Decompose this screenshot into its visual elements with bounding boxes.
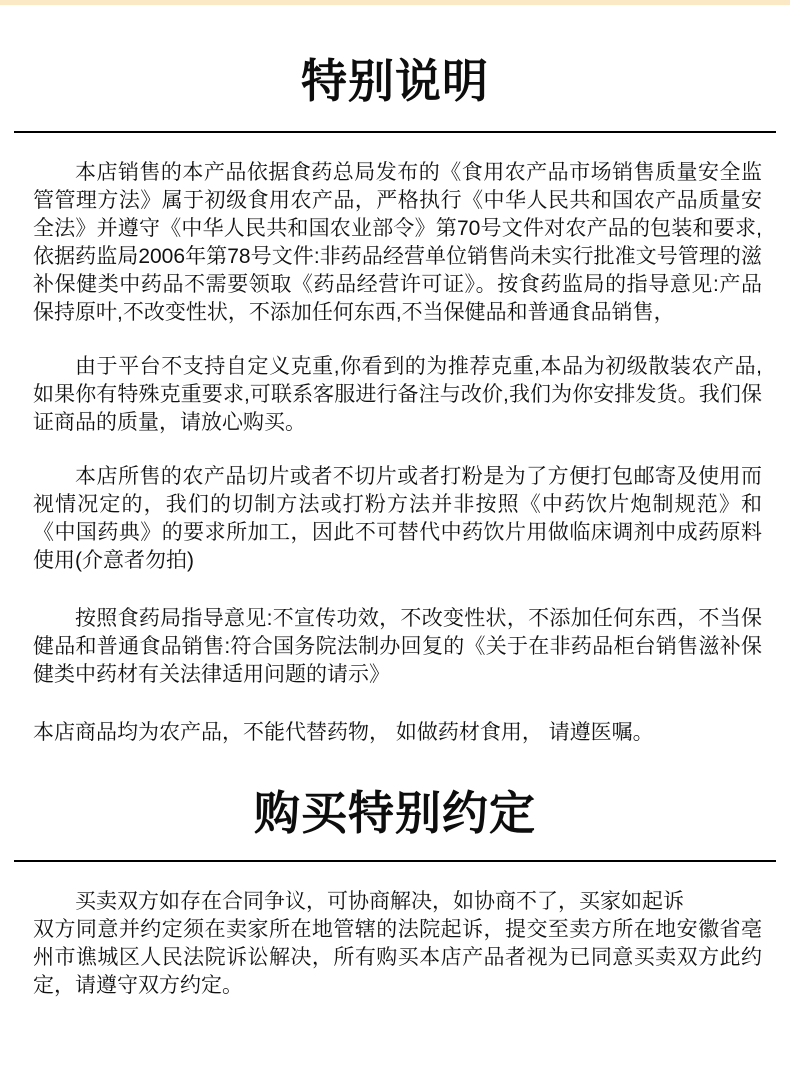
divider xyxy=(14,131,776,133)
paragraph-slicing-notice: 本店所售的农产品切片或者不切片或者打粉是为了方便打包邮寄及使用而视情况定的，我们… xyxy=(33,463,762,575)
section-title-special-note: 特别说明 xyxy=(0,57,790,105)
paragraph-dispute-rest: 双方同意并约定须在卖家所在地管辖的法院起诉，提交至卖方所在地安徽省亳州市谯城区人… xyxy=(33,916,762,1000)
section-title-purchase-agreement: 购买特别约定 xyxy=(0,789,790,837)
paragraph-weight-notice: 由于平台不支持自定义克重,你看到的为推荐克重,本品为初级散装农产品,如果你有特殊… xyxy=(33,353,762,437)
special-note-body: 本店销售的本产品依据食药总局发布的《食用农产品市场销售质量安全监管管理方法》属于… xyxy=(0,159,790,747)
top-accent-strip xyxy=(0,0,790,5)
paragraph-regulation-basis: 本店销售的本产品依据食药总局发布的《食用农产品市场销售质量安全监管管理方法》属于… xyxy=(33,159,762,327)
divider xyxy=(14,860,776,862)
paragraph-not-medicine-disclaimer: 本店商品均为农产品，不能代替药物， 如做药材食用， 请遵医嘱。 xyxy=(33,719,762,747)
paragraph-no-efficacy-claims: 按照食药局指导意见:不宣传功效，不改变性状，不添加任何东西，不当保健品和普通食品… xyxy=(33,605,762,689)
paragraph-dispute-line1: 买卖双方如存在合同争议，可协商解决，如协商不了，买家如起诉 xyxy=(33,888,762,916)
purchase-agreement-body: 买卖双方如存在合同争议，可协商解决，如协商不了，买家如起诉 双方同意并约定须在卖… xyxy=(0,888,790,1000)
